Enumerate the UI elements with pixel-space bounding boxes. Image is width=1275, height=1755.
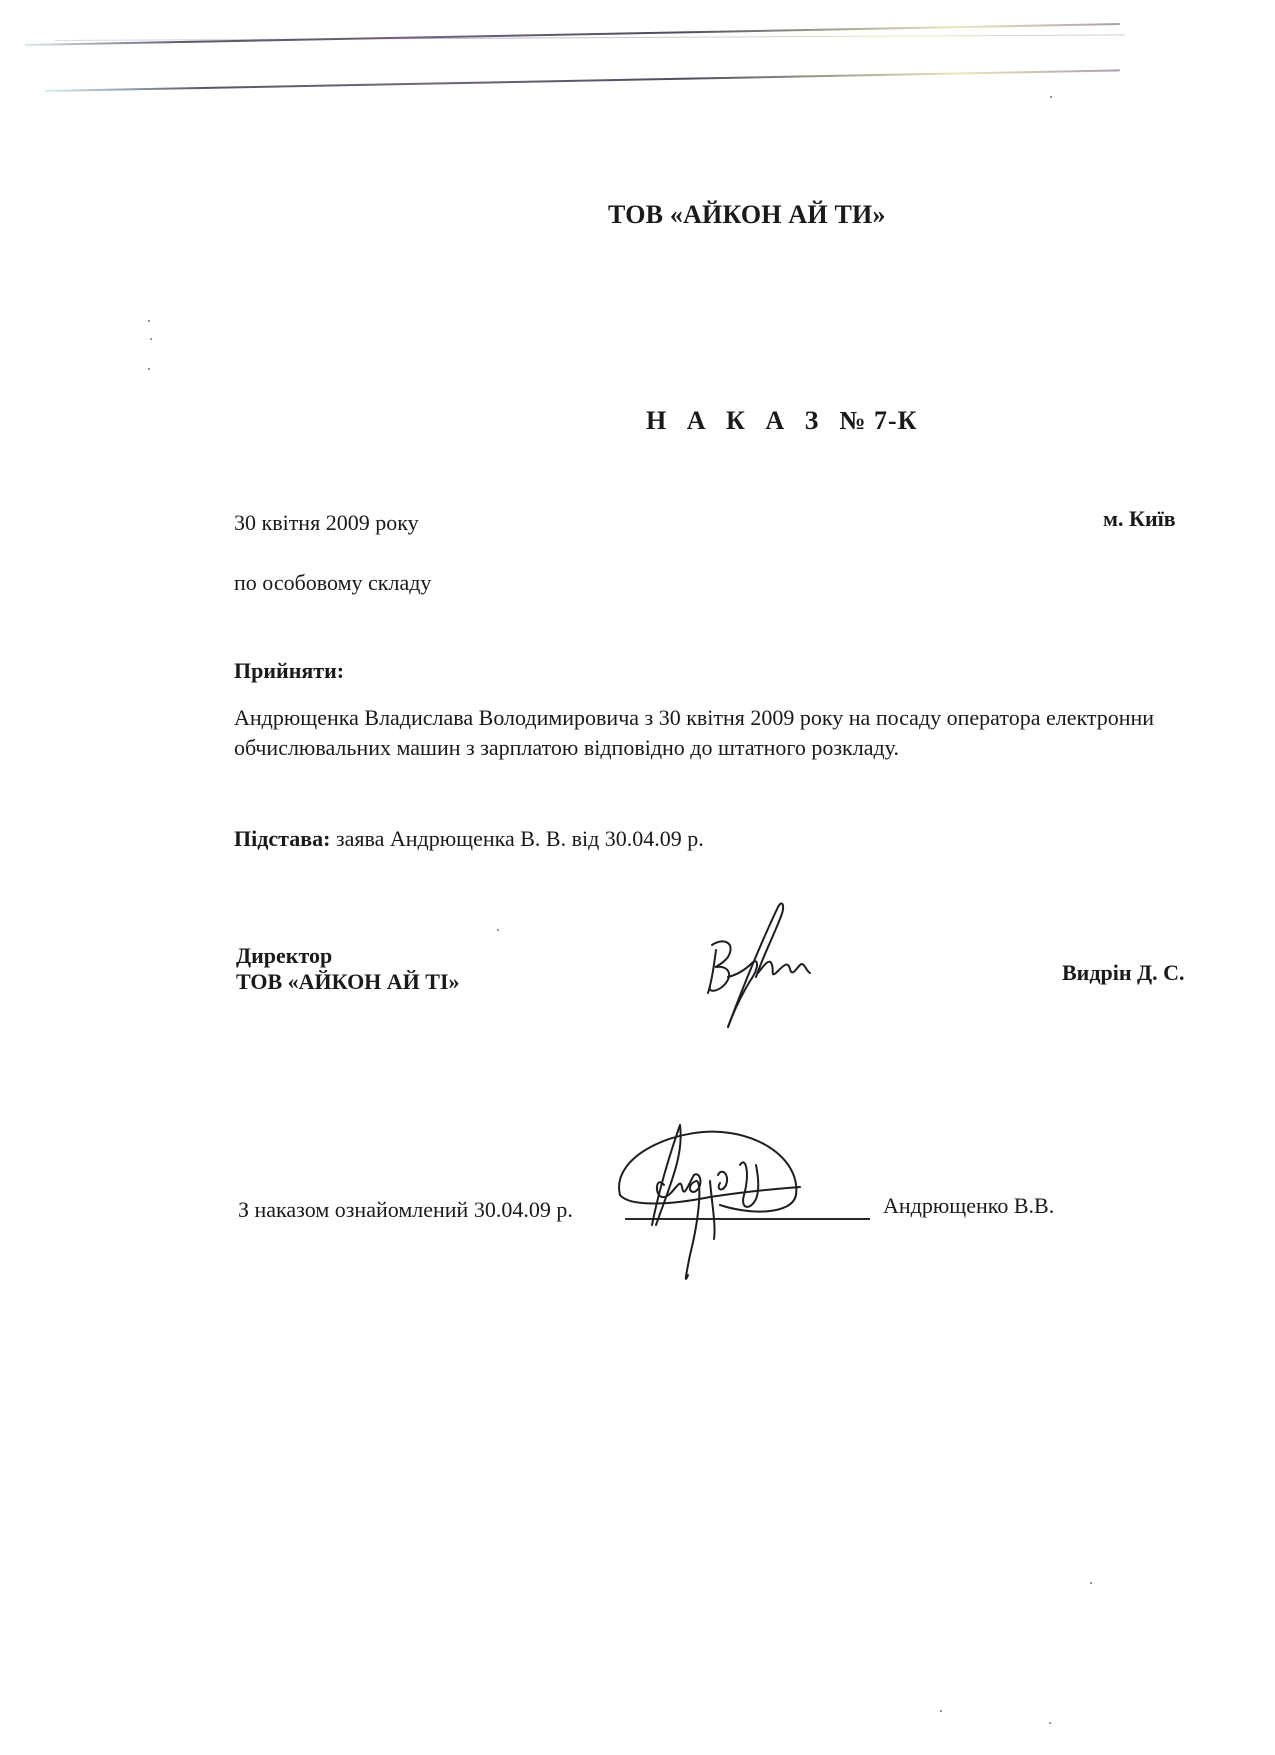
- order-date: 30 квітня 2009 року: [234, 510, 419, 536]
- body-line: Андрющенка Владислава Володимировича з 3…: [234, 705, 1154, 731]
- scan-speck: [148, 320, 150, 322]
- scan-speck: [497, 929, 499, 931]
- director-name: Видрін Д. С.: [1062, 960, 1185, 986]
- company-header: ТОВ «АЙКОН АЙ ТИ»: [608, 200, 886, 230]
- director-signature-icon: [700, 895, 840, 1045]
- acknowledgement-name: Андрющенко В.В.: [883, 1193, 1054, 1219]
- scan-speck: [148, 368, 150, 370]
- basis-label: Підстава:: [234, 826, 330, 851]
- scan-artifact-line: [45, 69, 1120, 92]
- director-company: ТОВ «АЙКОН АЙ ТІ»: [236, 969, 460, 995]
- director-role: Директор: [236, 943, 332, 969]
- employee-signature-icon: [600, 1115, 820, 1295]
- order-title-label: Н А К А З: [646, 406, 825, 435]
- scan-speck: [1049, 1722, 1051, 1724]
- body-line: обчислювальних машин з зарплатою відпові…: [234, 735, 899, 761]
- scan-speck: [940, 1710, 942, 1712]
- order-city: м. Київ: [1103, 506, 1176, 532]
- order-title: Н А К А З№ 7-К: [646, 406, 918, 436]
- scan-speck: [1050, 96, 1052, 98]
- scan-speck: [1090, 1582, 1092, 1584]
- acknowledgement-text: З наказом ознайомлений 30.04.09 р.: [238, 1197, 573, 1223]
- order-number: № 7-К: [839, 406, 917, 435]
- hire-label: Прийняти:: [234, 658, 344, 684]
- scan-speck: [150, 338, 152, 340]
- order-category: по особовому складу: [234, 570, 431, 596]
- basis: Підстава: заява Андрющенка В. В. від 30.…: [234, 826, 704, 852]
- basis-text: заява Андрющенка В. В. від 30.04.09 р.: [330, 826, 703, 851]
